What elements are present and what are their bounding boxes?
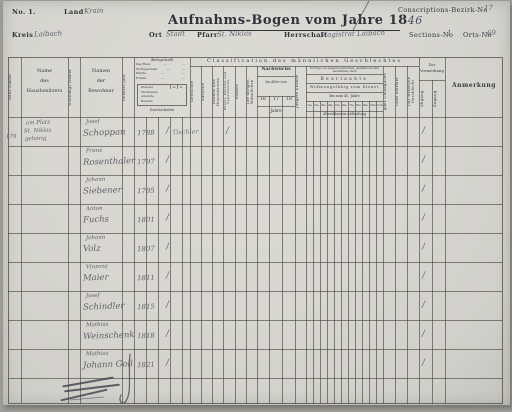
col-befreite: Ganz Befreite <box>396 67 406 116</box>
birth-year: 1811 <box>137 274 155 283</box>
resident-first-name: Josef <box>86 293 100 299</box>
col-beamte: Beamte und Honoratioren <box>213 67 222 116</box>
table-row: Johann Volz 1807 / / <box>0 233 512 262</box>
tally-mark: / <box>166 271 169 281</box>
col-uebrige-maennliche: Die übrigen Männlichen <box>247 67 256 116</box>
nachwuchs-title: Nachwuchs <box>257 67 295 72</box>
col-bewohner-l2: der <box>80 76 122 86</box>
tally-mark: / <box>422 184 425 194</box>
age-16: 16 <box>257 97 269 102</box>
summary-row: Das Haus <box>136 62 151 66</box>
summary-dash: — <box>179 62 188 66</box>
beurlaubte-header: Beurlaubte <box>306 76 383 81</box>
resident-surname: Schoppan <box>83 127 126 138</box>
tally-mark: / <box>226 126 229 136</box>
tally-mark: / <box>166 126 169 136</box>
sections-value: 1 <box>447 29 452 37</box>
table-row: Franz Rosenthaler 1797 / / <box>0 146 512 175</box>
summary-inner-box: Priestermw Studirende Adeliche Beamte <box>137 84 187 106</box>
summary-dash: — <box>179 71 188 75</box>
birth-year: 1815 <box>137 303 155 312</box>
col-hausbesitzer-l2: des <box>21 76 68 86</box>
pfarr-label: Pfarr <box>197 31 218 39</box>
resident-first-name: Franz <box>86 148 102 155</box>
summary-dash: — <box>158 76 167 80</box>
owner-line: gehörig <box>25 136 47 143</box>
altersklasse-cell: 5te <box>334 103 341 107</box>
summary-row: Wohnparteien <box>136 67 157 71</box>
col-geburts-jahr: Geburts-Jahr <box>123 60 133 114</box>
tally-mark: / <box>422 329 425 339</box>
resident-surname: Rosenthaler <box>83 156 135 168</box>
census-form-scan: No. 1. Land Krain Conscriptions-Bezirk-N… <box>0 0 512 412</box>
resident-surname: Siebener <box>83 185 122 196</box>
age-18: 18 <box>283 97 295 102</box>
resident-surname: Fuchs <box>83 215 109 226</box>
altersklasse-cell: 3te <box>320 103 327 107</box>
summary-dash: — <box>164 67 173 71</box>
summary-box-row: Studirende <box>140 90 170 94</box>
col-adeliche: Adeliche <box>202 67 211 116</box>
summary-caption: Durchschnitte <box>134 108 190 112</box>
col-zugang: Zugang <box>433 82 444 115</box>
haus-no-value: 179 <box>6 134 17 140</box>
birth-year: 1788 <box>137 129 155 138</box>
altersklasse-cell: 8te <box>355 103 362 107</box>
pfarr-value: St. Niklas <box>217 29 252 38</box>
birth-year: 1821 <box>137 361 155 370</box>
altersklasse-cell: 2te <box>313 103 320 107</box>
summary-box-row: Priester <box>140 85 170 89</box>
table-row: Vinzenz Maier 1811 / / <box>0 262 512 291</box>
summary-box-row: Beamte <box>140 99 170 103</box>
conscription-label: Conscriptions-Bezirk-No <box>398 6 488 14</box>
summary-box-row: Adeliche <box>140 94 170 98</box>
col-hausbesitzer: Name des Hausbesitzers <box>21 66 68 96</box>
vormerkung-title: Zur Vormerkung <box>419 62 445 73</box>
birth-year: 1807 <box>137 245 155 254</box>
col-wohnungs-numer: Wohnungs-Numer <box>69 60 79 114</box>
table-row: Johann Siebener 1795 / / <box>0 175 512 204</box>
summary-dash: — <box>160 62 169 66</box>
altersklasse-cell: 11te <box>376 103 383 107</box>
col-anmerkung: Anmerkung <box>445 82 503 89</box>
col-hausbesitzer-l3: Hausbesitzers <box>21 86 68 96</box>
tally-mark: / <box>166 358 169 368</box>
conscription-value: 17 <box>484 4 493 12</box>
summary-row: Fohlen <box>136 76 146 80</box>
col-abgang: Abgang <box>420 82 431 115</box>
occupation-note: Tischler <box>172 128 199 137</box>
birth-year: 1818 <box>137 332 155 341</box>
orts-value: 69 <box>487 29 496 37</box>
altersklasse-cell: 10te <box>369 103 376 107</box>
resident-first-name: Mathias <box>86 351 109 358</box>
tally-mark: / <box>422 213 425 223</box>
form-title: Aufnahms-Bogen vom Jahre 1846 <box>168 13 400 31</box>
kreis-label: Kreis <box>12 31 33 39</box>
resident-first-name: Anton <box>86 206 103 213</box>
resident-first-name: Johann <box>86 235 106 242</box>
owner-line: St. Niklas <box>24 128 51 135</box>
tally-mark: / <box>166 155 169 165</box>
nachwuchs-sub: Im Alter von <box>257 80 295 84</box>
bis-jahre-header: Bis zum 45. Jahre <box>306 94 383 98</box>
tally-mark: / <box>422 358 425 368</box>
ort-label: Ort <box>149 31 162 39</box>
table-row: Anton Fuchs 1801 / / <box>0 204 512 233</box>
tally-mark: / <box>166 329 169 339</box>
summary-dash: — <box>158 71 167 75</box>
col-bewohner-l3: Bewohner <box>80 86 122 96</box>
resident-first-name: Josef <box>86 119 100 125</box>
col-geistliche: Geistliche <box>191 67 200 116</box>
birth-year: 1797 <box>137 158 155 167</box>
resident-first-name: Johann <box>86 177 106 184</box>
altersklasse-cell: 4te <box>327 103 334 107</box>
birth-year: 1801 <box>137 216 155 225</box>
summary-dash: — <box>179 76 188 80</box>
tally-mark: / <box>422 155 425 165</box>
altersklasse-cell: 6te <box>341 103 348 107</box>
table-row: Josef Schindler 1815 / / <box>0 291 512 320</box>
altersklassen-caption: Altersklassen-Abtheilung <box>306 112 383 116</box>
summary-box-col: w <box>177 85 184 89</box>
tally-mark: / <box>166 300 169 310</box>
resident-surname: Volz <box>83 244 101 255</box>
tally-mark: / <box>422 271 425 281</box>
kreis-value: Laibach <box>34 30 62 39</box>
resident-surname: Johann Goll <box>83 359 133 371</box>
ort-value: Stadt <box>166 30 185 39</box>
col-buerger: Bürger, Künstler und Gewerbsleute <box>224 67 234 116</box>
altersklasse-cell: 1te <box>306 103 313 107</box>
owner-line: am Platz <box>26 120 50 127</box>
altersklasse-cell: 9te <box>362 103 369 107</box>
col-haus-numer: Haus-Numer <box>9 60 20 114</box>
widmungsfaehig-header: Widmungsfähig zum Dienst <box>306 85 383 89</box>
tally-mark: / <box>166 184 169 194</box>
resident-first-name: Mathias <box>86 322 109 329</box>
resident-first-name: Vinzenz <box>86 264 108 271</box>
tally-mark: / <box>166 213 169 223</box>
col-bewohner-l1: Namen <box>80 66 122 76</box>
tally-mark: / <box>422 300 425 310</box>
birth-year: 1795 <box>137 187 155 196</box>
col-bewohner: Namen der Bewohner <box>80 66 122 96</box>
summary-box: (Belegschaft) Das Haus—— Wohnparteien—— … <box>134 57 190 117</box>
table-row: Mathias Johann Goll 1821 / / <box>0 349 512 378</box>
tally-mark: / <box>166 242 169 252</box>
age-unit: Jahre <box>257 108 295 113</box>
classification-header: Classification des männlichen Geschlecht… <box>190 58 419 64</box>
tally-mark: / <box>422 126 425 136</box>
age-17: 17 <box>270 97 282 102</box>
altersklasse-cell: 7te <box>348 103 355 107</box>
col-hausbesitzer-l1: Name <box>21 66 68 76</box>
form-title-year: 46 <box>408 14 423 27</box>
summary-dash: — <box>179 67 188 71</box>
land-value: Krain <box>84 7 104 16</box>
tally-mark: / <box>422 242 425 252</box>
resident-surname: Weinschenk <box>83 330 135 342</box>
col-bauern: Bauern <box>236 67 245 116</box>
table-row: Mathias Weinschenk 1818 / / <box>0 320 512 349</box>
sheet-number: No. 1. <box>12 8 36 16</box>
col-untaugliche: ganz Untaugliche <box>384 67 394 116</box>
col-juengere-knaben: Jüngere Knaben <box>296 67 305 116</box>
table-row: 179 am Platz St. Niklas gehörig Josef Sc… <box>0 117 512 146</box>
resident-surname: Schindler <box>83 301 125 312</box>
form-title-printed: Aufnahms-Bogen vom Jahre 18 <box>168 13 408 28</box>
col-weibliches-geschlecht: Das weibliche Geschlecht <box>408 67 418 116</box>
summary-row: Pferde <box>136 71 146 75</box>
resident-surname: Maier <box>83 273 109 284</box>
land-label: Land <box>64 8 84 16</box>
summary-box-col: m <box>170 85 177 89</box>
beurlaubte-note: In Folge von eigenen Gebrechen, gestellt… <box>307 67 382 74</box>
